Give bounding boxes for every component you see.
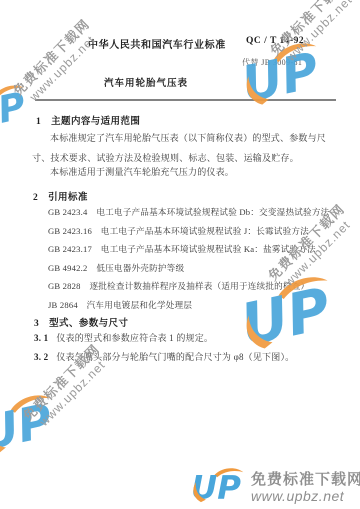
section-3-title: 型式、参数与尺寸 <box>49 319 128 329</box>
standard-org-title: 中华人民共和国汽车行业标准 <box>88 36 226 51</box>
clause-3-2-text: 仪表气嘴头部分与轮胎气门嘴的配合尺寸为 φ8（见下图）。 <box>56 352 294 362</box>
standard-code: QC / T 14-92 <box>246 36 304 46</box>
reference-item: JB 2864 汽车用电镀层和化学处理层 <box>48 296 348 315</box>
clause-3-2-number: 3. 2 <box>34 352 48 362</box>
reference-item: GB 2423.4 电工电子产品基本环境试验规程试验 Db：交变湿热试验方法 <box>48 203 348 222</box>
section-1-number: 1 <box>36 117 41 127</box>
section-1-heading: 1主题内容与适用范围 <box>36 113 140 127</box>
upbz-logo-icon: UP <box>0 80 36 136</box>
clause-3-1: 3. 1仪表的型式和参数应符合表 1 的规定。 <box>34 331 334 344</box>
section-3-heading: 3型式、参数与尺寸 <box>34 315 128 329</box>
clause-3-1-number: 3. 1 <box>34 333 48 343</box>
section-2-title: 引用标准 <box>48 193 88 203</box>
section-3-number: 3 <box>34 319 39 329</box>
document-title: 汽车用轮胎气压表 <box>104 75 188 89</box>
reference-item: GB 2423.16 电工电子产品基本环境试验规程试验 J：长霉试验方法 <box>48 222 348 241</box>
clause-3-1-text: 仪表的型式和参数应符合表 1 的规定。 <box>56 333 213 343</box>
watermark-site-name: 免费标准下载网 <box>8 14 93 99</box>
clause-3-2: 3. 2仪表气嘴头部分与轮胎气门嘴的配合尺寸为 φ8（见下图）。 <box>34 350 334 363</box>
section-2-number: 2 <box>33 193 38 203</box>
section-1-paragraph-2: 本标准适用于测量汽车轮胎充气压力的仪表。 <box>32 163 326 183</box>
footer-site-name: 免费标准下载网 <box>251 472 360 489</box>
section-1-title: 主题内容与适用范围 <box>51 117 140 127</box>
reference-list: GB 2423.4 电工电子产品基本环境试验规程试验 Db：交变湿热试验方法 G… <box>48 203 348 315</box>
section-2-heading: 2引用标准 <box>33 189 88 203</box>
watermark-site-name: 免费标准下载网 <box>265 0 350 59</box>
header-divider <box>35 99 336 101</box>
reference-item: GB 2423.17 电工电子产品基本环境试验规程试验 Ka：盐雾试验方法 <box>48 240 348 259</box>
watermark-text: 免费标准下载网 www.upbz.net <box>8 14 103 109</box>
upbz-logo-icon: UP <box>0 388 65 459</box>
reference-item: GB 4942.2 低压电器外壳防护等级 <box>48 259 348 278</box>
replaces-note: 代替 JB 3009-81 <box>242 57 302 68</box>
svg-text:UP: UP <box>0 84 30 136</box>
footer-brand: 免费标准下载网 www.upbz.net <box>251 472 360 504</box>
footer-site-url: www.upbz.net <box>251 489 360 504</box>
upbz-logo-icon: UP <box>191 466 247 505</box>
svg-text:UP: UP <box>0 393 57 459</box>
watermark-site-url: www.upbz.net <box>32 352 114 434</box>
reference-item: GB 2828 逐批检查计数抽样程序及抽样表（适用于连续批的检查） <box>48 277 348 296</box>
